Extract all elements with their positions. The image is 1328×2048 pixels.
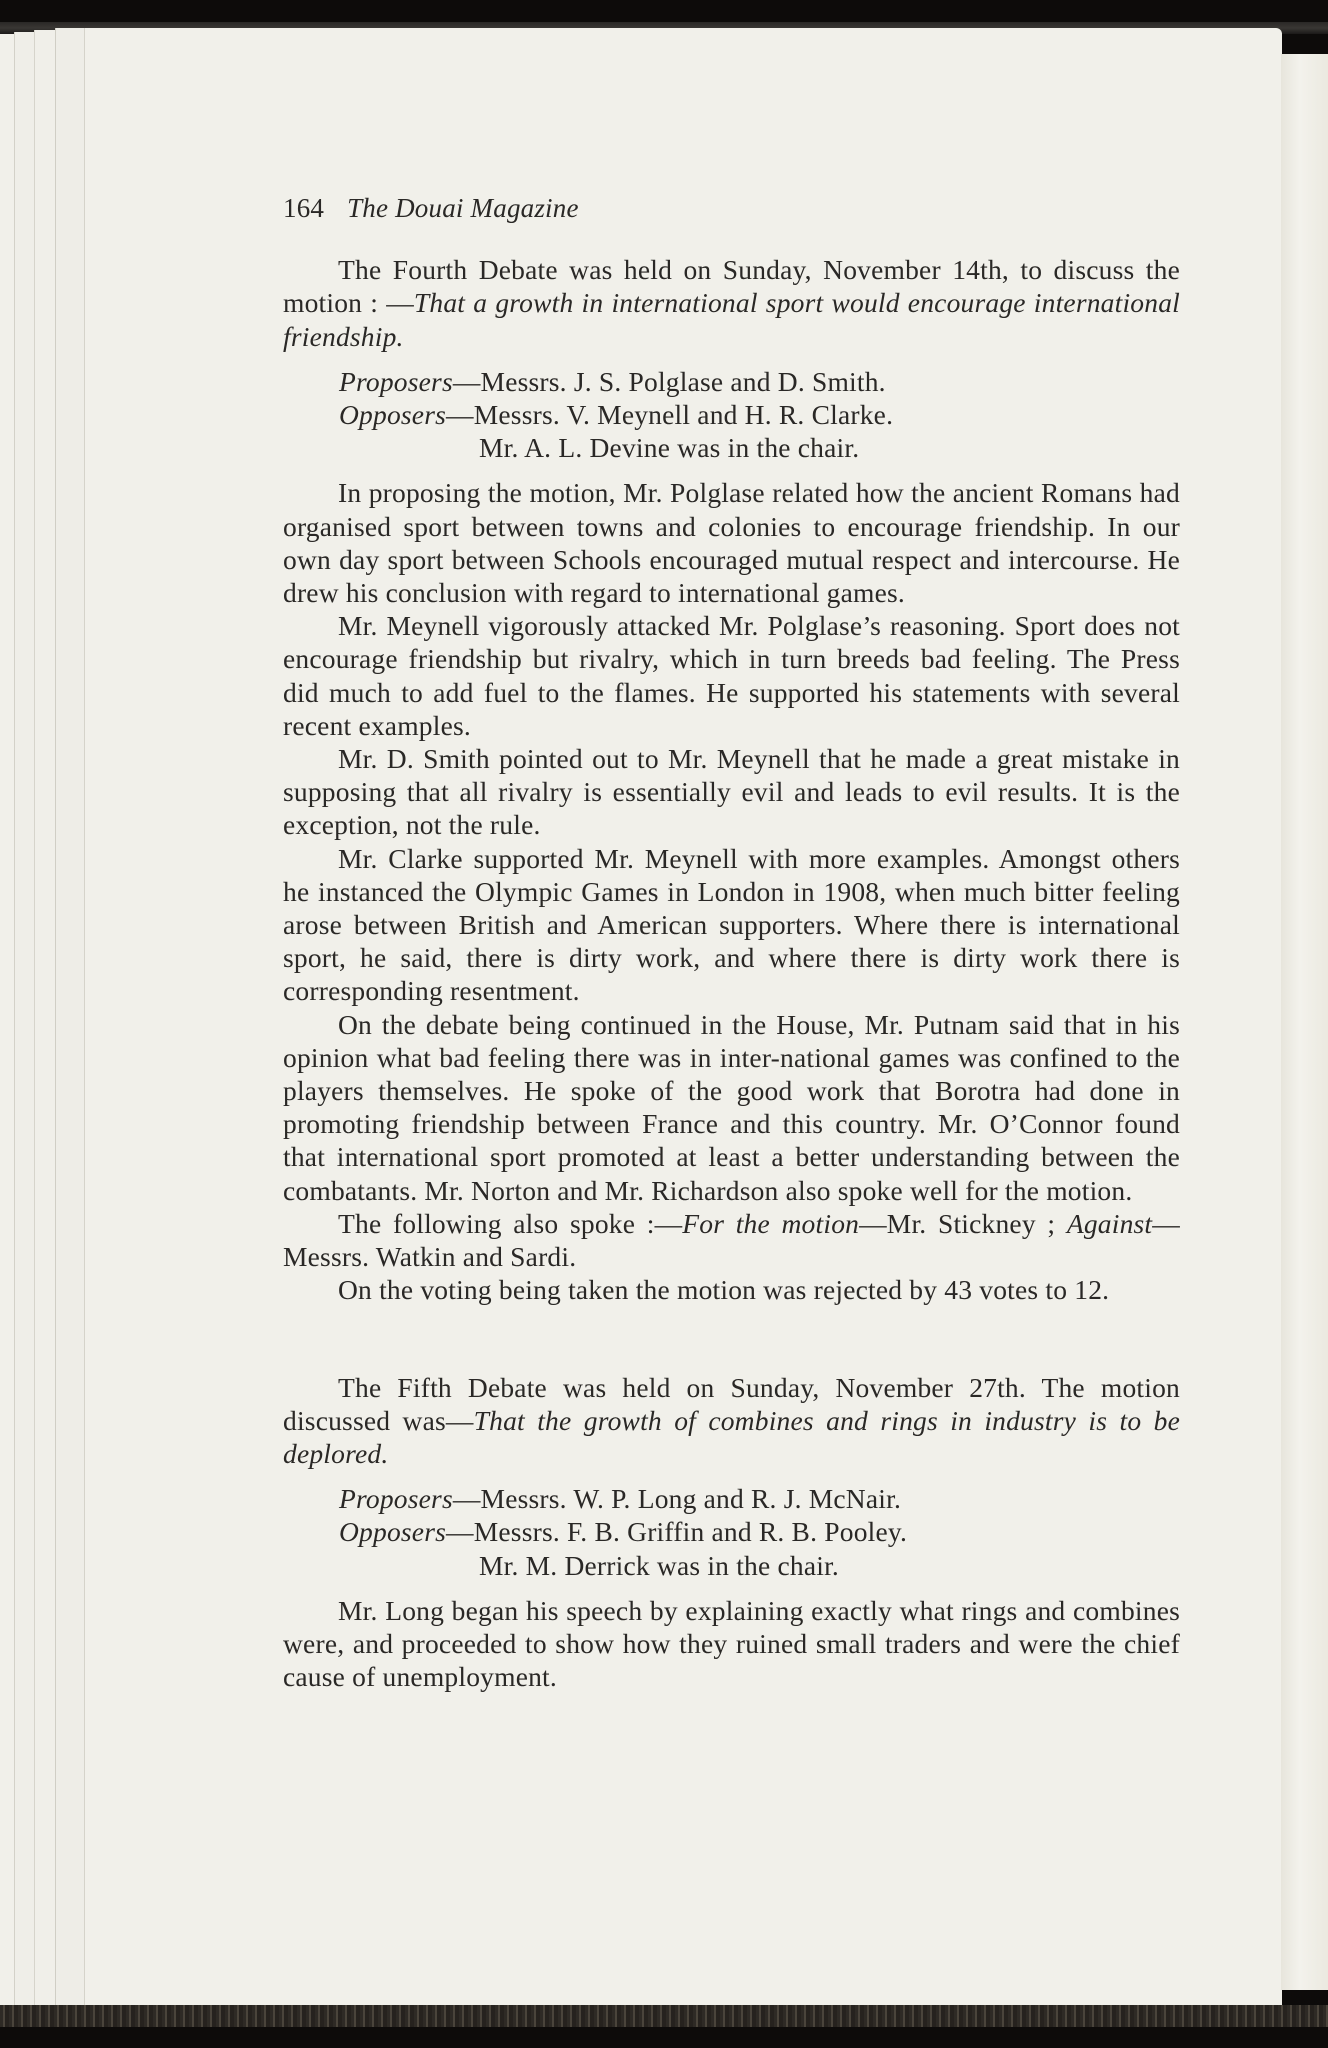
- opposers-names: —Messrs. F. B. Griffin and R. B. Pooley.: [446, 1516, 907, 1547]
- paragraph: Mr. Long began his speech by explaining …: [283, 1594, 1180, 1694]
- against-label: Against: [1067, 1208, 1152, 1239]
- page-curl: [1281, 54, 1328, 1990]
- chair-line: Mr. M. Derrick was in the chair.: [283, 1549, 1180, 1582]
- opposers-label: Opposers: [339, 1516, 446, 1547]
- proposers-names: —Messrs. W. P. Long and R. J. McNair.: [453, 1483, 901, 1514]
- running-header: 164 The Douai Magazine: [283, 192, 1180, 225]
- proposers-names: —Messrs. J. S. Polglase and D. Smith.: [453, 366, 886, 397]
- also-spoke-text: The following also spoke :—: [338, 1208, 682, 1239]
- paragraph: Mr. Clarke supported Mr. Meynell with mo…: [283, 842, 1180, 1008]
- opposers-names: —Messrs. V. Meynell and H. R. Clarke.: [446, 399, 893, 430]
- page-number: 164: [283, 193, 324, 223]
- paragraph: Mr. Meynell vigorously attacked Mr. Polg…: [283, 609, 1180, 742]
- motion-text: That a growth in international sport wou…: [283, 287, 1180, 351]
- also-spoke-paragraph: The following also spoke :—For the motio…: [283, 1207, 1180, 1273]
- page-content: 164 The Douai Magazine The Fourth Debate…: [283, 192, 1180, 1693]
- paragraph: On the debate being continued in the Hou…: [283, 1008, 1180, 1207]
- opposers-line: Opposers—Messrs. V. Meynell and H. R. Cl…: [283, 398, 1180, 431]
- vote-result: On the voting being taken the motion was…: [283, 1273, 1180, 1306]
- for-names: —Mr. Stickney ;: [859, 1208, 1055, 1239]
- for-label: For the motion: [682, 1208, 859, 1239]
- debate-intro: The Fifth Debate was held on Sunday, Nov…: [283, 1371, 1180, 1471]
- proposers-line: Proposers—Messrs. J. S. Polglase and D. …: [283, 365, 1180, 398]
- proposers-line: Proposers—Messrs. W. P. Long and R. J. M…: [283, 1482, 1180, 1515]
- chair-line: Mr. A. L. Devine was in the chair.: [283, 431, 1180, 464]
- magazine-title: The Douai Magazine: [347, 193, 579, 223]
- opposers-line: Opposers—Messrs. F. B. Griffin and R. B.…: [283, 1515, 1180, 1548]
- proposers-label: Proposers: [339, 1483, 453, 1514]
- debate-intro: The Fourth Debate was held on Sunday, No…: [283, 253, 1180, 353]
- proposers-label: Proposers: [339, 366, 453, 397]
- paragraph: In proposing the motion, Mr. Polglase re…: [283, 476, 1180, 609]
- paragraph: Mr. D. Smith pointed out to Mr. Meynell …: [283, 742, 1180, 842]
- book-binding-bottom: [0, 2005, 1328, 2027]
- opposers-label: Opposers: [339, 399, 446, 430]
